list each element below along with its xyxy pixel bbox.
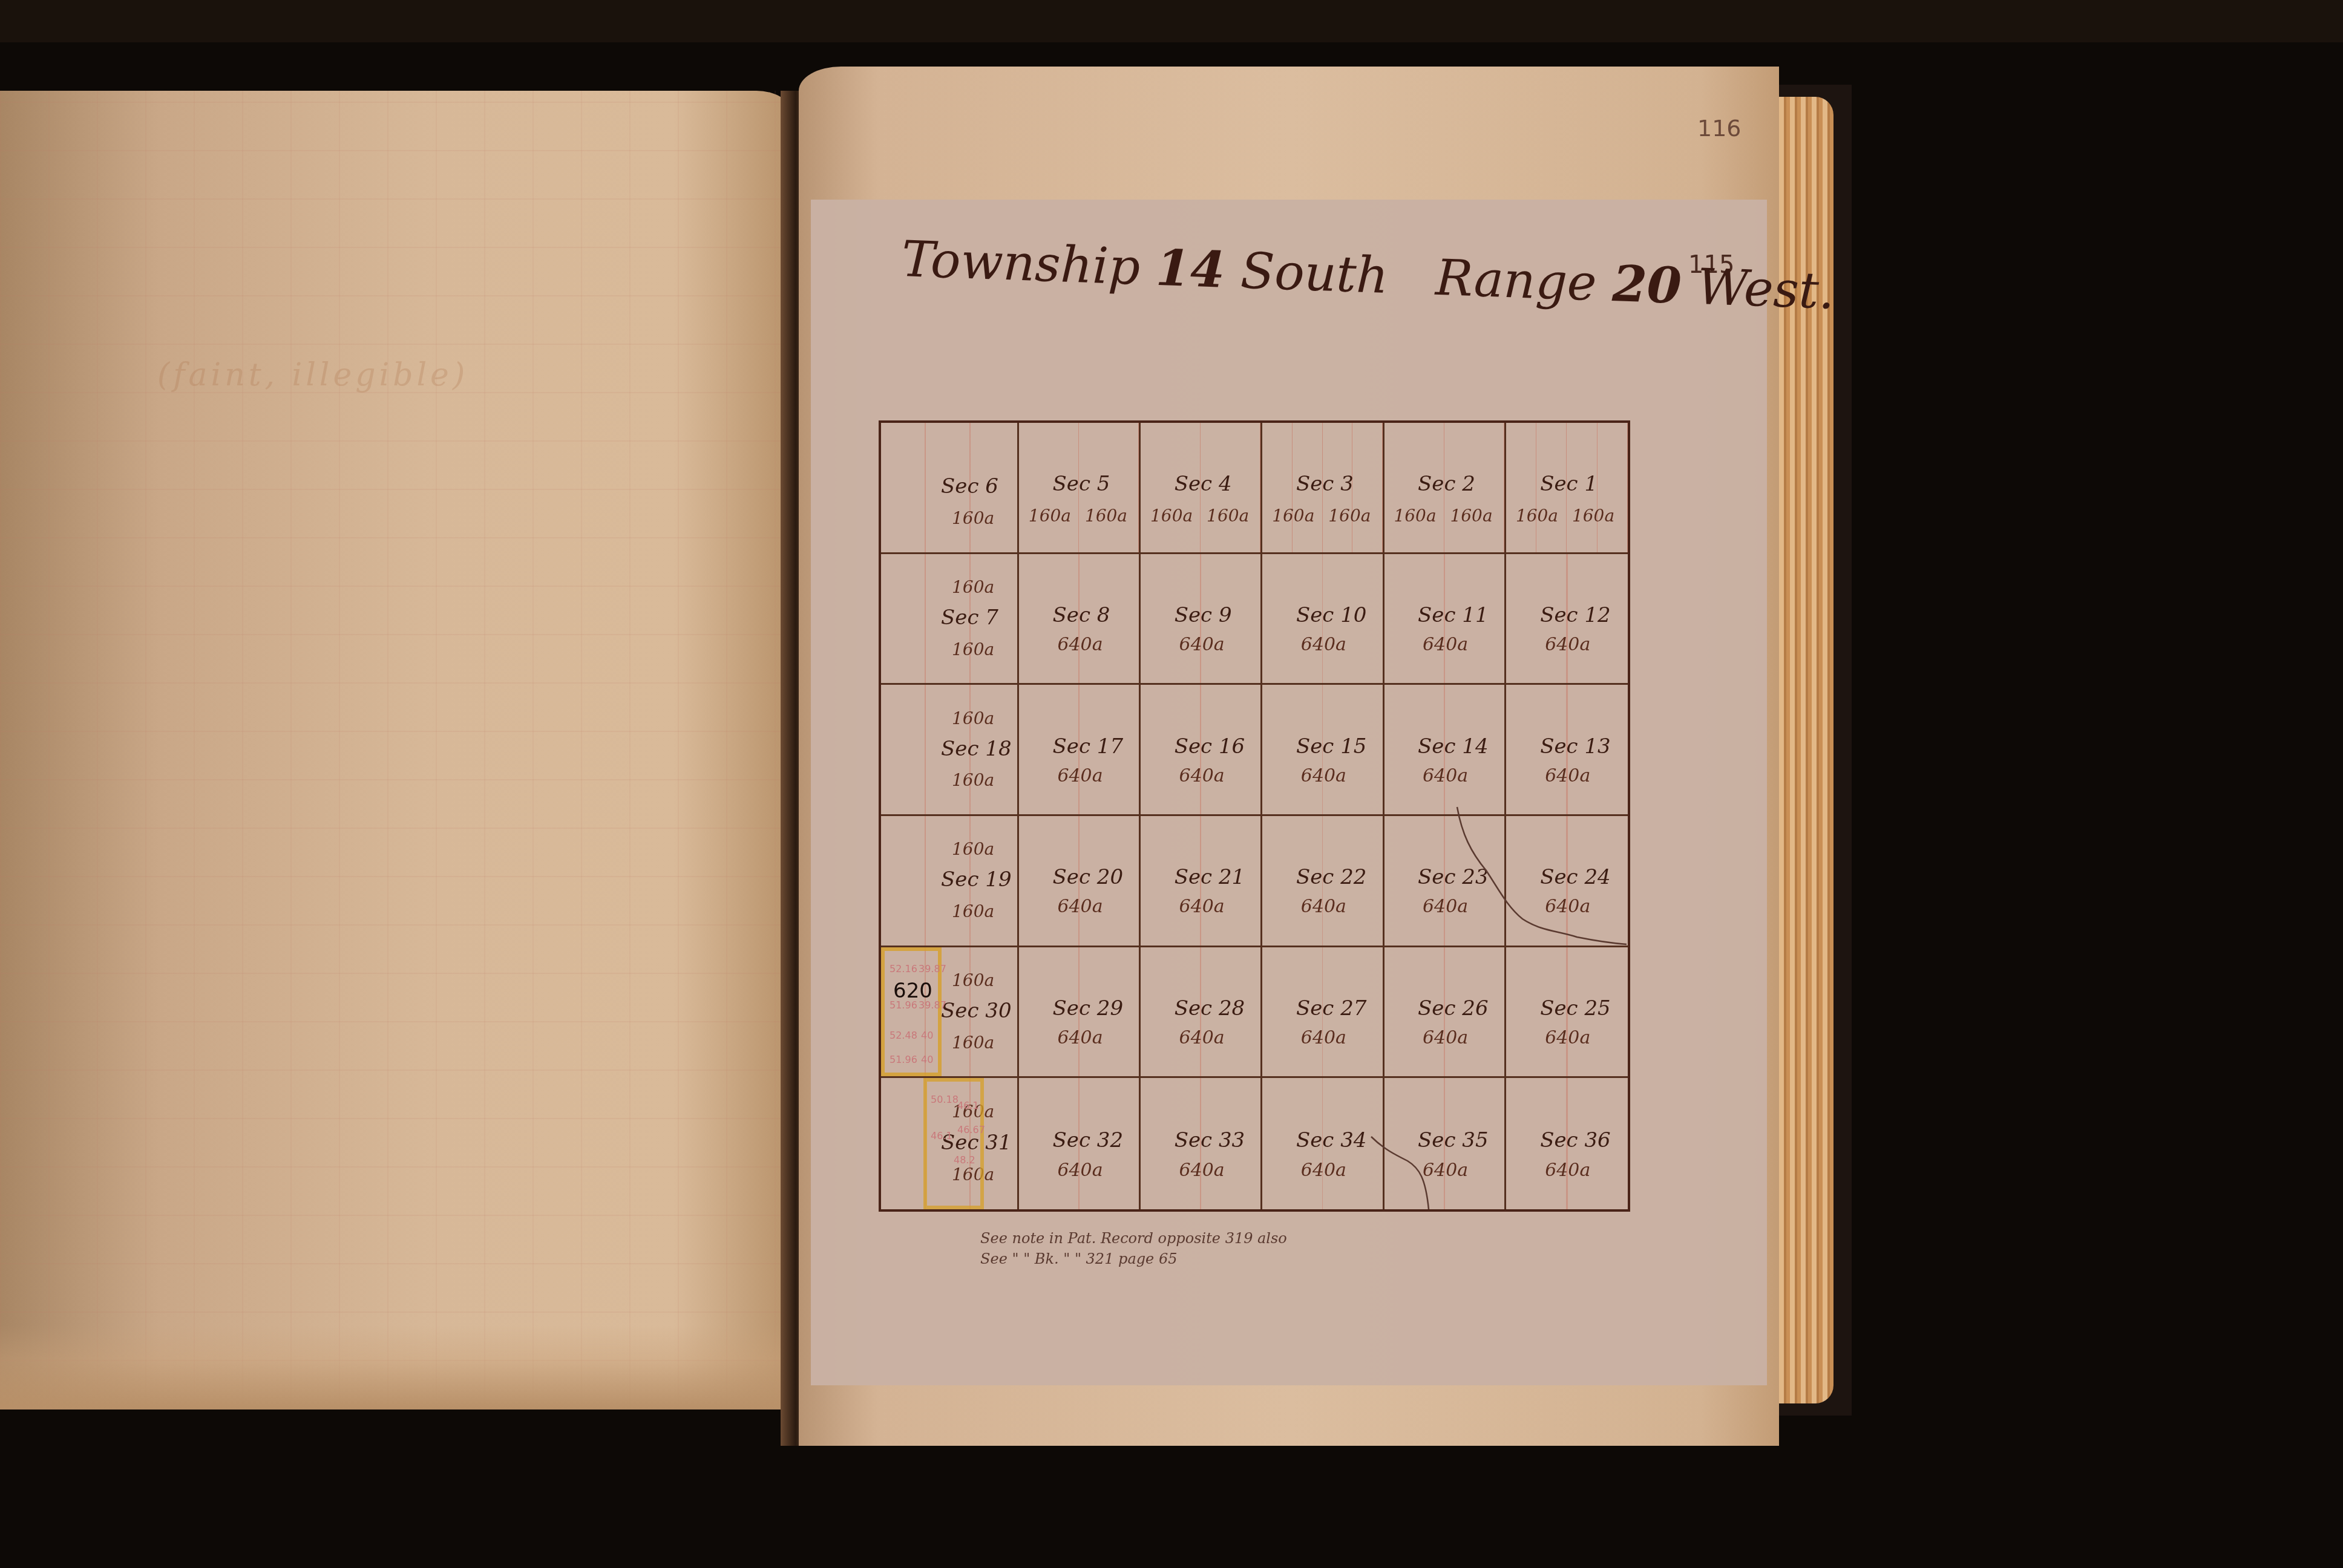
section-label: Sec 26 bbox=[1418, 996, 1489, 1021]
title-direction-south: South bbox=[1240, 243, 1389, 305]
acreage: 640a bbox=[1179, 634, 1225, 655]
lot-acreage: 39.87 bbox=[919, 999, 946, 1011]
acreage: 640a bbox=[1545, 1160, 1590, 1181]
section-label: Sec 19 bbox=[941, 867, 1012, 892]
page-number-top: 116 bbox=[1697, 115, 1742, 142]
acreage-north: 160a bbox=[952, 839, 994, 859]
section-label: Sec 15 bbox=[1296, 734, 1367, 759]
section-cell: Sec 13640a bbox=[1506, 685, 1628, 816]
acreage: 640a bbox=[1301, 1160, 1346, 1181]
section-label: Sec 36 bbox=[1540, 1128, 1611, 1152]
section-label: Sec 1 bbox=[1540, 472, 1597, 496]
lot-acreage: 48.2 bbox=[954, 1154, 975, 1166]
acreage-east-half: 160a bbox=[1085, 506, 1127, 526]
section-label: Sec 3 bbox=[1296, 472, 1354, 496]
section-label: Sec 14 bbox=[1418, 734, 1489, 759]
acreage: 640a bbox=[1179, 896, 1225, 917]
section-label: Sec 7 bbox=[941, 606, 998, 630]
section-cell: Sec 10640a bbox=[1262, 554, 1384, 685]
acreage: 640a bbox=[1301, 1027, 1346, 1048]
acreage: 640a bbox=[1423, 765, 1468, 786]
section-cell: Sec 7160a160a bbox=[881, 554, 1019, 685]
section-label: Sec 10 bbox=[1296, 603, 1367, 627]
section-cell: Sec 8640a bbox=[1019, 554, 1141, 685]
acreage: 640a bbox=[1301, 896, 1346, 917]
section-cell: Sec 9640a bbox=[1141, 554, 1262, 685]
background-top bbox=[0, 0, 2343, 42]
acreage-north: 160a bbox=[952, 970, 994, 990]
acreage-east-half: 160a bbox=[1572, 506, 1614, 526]
lot-acreage: 51.96 bbox=[890, 999, 917, 1011]
acreage-north: 160a bbox=[952, 577, 994, 597]
acreage: 160a bbox=[952, 508, 994, 528]
lot-acreage: 46.1 bbox=[931, 1130, 952, 1142]
acreage: 640a bbox=[1301, 765, 1346, 786]
lot-acreage: 51.96 bbox=[890, 1054, 917, 1065]
acreage-west-half: 160a bbox=[1516, 506, 1558, 526]
section-cell: Sec 34640a bbox=[1262, 1078, 1384, 1209]
acreage-east-half: 160a bbox=[1207, 506, 1249, 526]
section-cell: Sec 15640a bbox=[1262, 685, 1384, 816]
lot-acreage: 46.67 bbox=[957, 1124, 985, 1135]
section-label: Sec 5 bbox=[1052, 472, 1110, 496]
acreage-east-half: 160a bbox=[1450, 506, 1492, 526]
title-word-range: Range bbox=[1435, 249, 1597, 312]
section-cell: Sec 31160a160a50.1846.146.6746.148.2 bbox=[881, 1078, 1019, 1209]
section-cell: Sec 16640a bbox=[1141, 685, 1262, 816]
section-label: Sec 24 bbox=[1540, 865, 1611, 889]
left-page: (faint, illegible) bbox=[0, 91, 793, 1410]
section-label: Sec 33 bbox=[1175, 1128, 1245, 1152]
section-cell: Sec 12640a bbox=[1506, 554, 1628, 685]
section-cell: Sec 14640a bbox=[1384, 685, 1506, 816]
section-label: Sec 23 bbox=[1418, 865, 1489, 889]
acreage-south: 160a bbox=[952, 770, 994, 790]
section-cell: Sec 4160a 160a bbox=[1141, 423, 1262, 554]
section-cell: Sec 23640a bbox=[1384, 816, 1506, 947]
acreage-pair: 160a 160a bbox=[1029, 506, 1127, 526]
sec31-lots-highlight: 50.1846.146.6746.148.2 bbox=[923, 1078, 984, 1209]
section-label: Sec 29 bbox=[1052, 996, 1123, 1021]
section-label: Sec 4 bbox=[1175, 472, 1232, 496]
acreage: 640a bbox=[1423, 1160, 1468, 1181]
section-label: Sec 12 bbox=[1540, 603, 1611, 627]
section-cell: Sec 2160a 160a bbox=[1384, 423, 1506, 554]
section-label: Sec 34 bbox=[1296, 1128, 1367, 1152]
title-word-township: Township bbox=[900, 230, 1141, 296]
acreage-south: 160a bbox=[952, 639, 994, 659]
acreage-west-half: 160a bbox=[1029, 506, 1071, 526]
lot-acreage: 40 bbox=[921, 1030, 933, 1041]
section-label: Sec 13 bbox=[1540, 734, 1611, 759]
acreage: 640a bbox=[1179, 1160, 1225, 1181]
section-cell: Sec 5160a 160a bbox=[1019, 423, 1141, 554]
acreage-south: 160a bbox=[952, 901, 994, 921]
section-cell: Sec 25640a bbox=[1506, 947, 1628, 1079]
acreage-west-half: 160a bbox=[1150, 506, 1193, 526]
section-grid: Sec 6160aSec 5160a 160aSec 4160a 160aSec… bbox=[881, 423, 1628, 1209]
lot-acreage: 50.18 bbox=[931, 1094, 958, 1105]
section-label: Sec 32 bbox=[1052, 1128, 1123, 1152]
acreage-pair: 160a 160a bbox=[1394, 506, 1492, 526]
section-label: Sec 6 bbox=[941, 474, 998, 498]
section-cell: Sec 1160a 160a bbox=[1506, 423, 1628, 554]
acreage: 640a bbox=[1301, 634, 1346, 655]
left-page-ruling bbox=[0, 91, 793, 1410]
section-cell: Sec 24640a bbox=[1506, 816, 1628, 947]
acreage: 640a bbox=[1057, 1160, 1103, 1181]
township-number: 14 bbox=[1155, 239, 1225, 299]
section-cell: Sec 18160a160a bbox=[881, 685, 1019, 816]
section-cell: Sec 26640a bbox=[1384, 947, 1506, 1079]
section-cell: Sec 11640a bbox=[1384, 554, 1506, 685]
section-cell: Sec 3160a 160a bbox=[1262, 423, 1384, 554]
section-label: Sec 28 bbox=[1175, 996, 1245, 1021]
water-stain bbox=[0, 1325, 793, 1410]
section-cell: Sec 6160a bbox=[881, 423, 1019, 554]
acreage: 640a bbox=[1057, 1027, 1103, 1048]
range-number: 20 bbox=[1611, 255, 1682, 315]
acreage: 640a bbox=[1057, 896, 1103, 917]
section-label: Sec 9 bbox=[1175, 603, 1232, 627]
acreage: 640a bbox=[1545, 1027, 1590, 1048]
section-cell: Sec 35640a bbox=[1384, 1078, 1506, 1209]
margin-note: See note in Pat. Record opposite 319 als… bbox=[980, 1228, 1287, 1269]
section-cell: Sec 27640a bbox=[1262, 947, 1384, 1079]
title-direction-west: West. bbox=[1696, 258, 1835, 321]
section-cell: Sec 36640a bbox=[1506, 1078, 1628, 1209]
section-cell: Sec 29640a bbox=[1019, 947, 1141, 1079]
lot-acreage: 52.48 bbox=[890, 1030, 917, 1041]
acreage-north: 160a bbox=[952, 708, 994, 728]
acreage: 640a bbox=[1057, 634, 1103, 655]
acreage-east-half: 160a bbox=[1328, 506, 1371, 526]
acreage: 640a bbox=[1179, 1027, 1225, 1048]
township-plat-grid: Sec 6160aSec 5160a 160aSec 4160a 160aSec… bbox=[879, 420, 1630, 1212]
section-label: Sec 17 bbox=[1052, 734, 1123, 759]
section-cell: Sec 28640a bbox=[1141, 947, 1262, 1079]
acreage: 640a bbox=[1423, 1027, 1468, 1048]
section-label: Sec 22 bbox=[1296, 865, 1367, 889]
acreage-pair: 160a 160a bbox=[1272, 506, 1371, 526]
section-cell: Sec 20640a bbox=[1019, 816, 1141, 947]
section-label: Sec 8 bbox=[1052, 603, 1110, 627]
section-label: Sec 21 bbox=[1175, 865, 1245, 889]
acreage: 640a bbox=[1179, 765, 1225, 786]
lot-acreage: 40 bbox=[921, 1054, 933, 1065]
acreage: 640a bbox=[1545, 765, 1590, 786]
section-cell: Sec 32640a bbox=[1019, 1078, 1141, 1209]
section-label: Sec 27 bbox=[1296, 996, 1367, 1021]
acreage-south: 160a bbox=[952, 1033, 994, 1053]
note-line-2: See " " Bk. " " 321 page 65 bbox=[980, 1249, 1287, 1269]
section-cell: Sec 17640a bbox=[1019, 685, 1141, 816]
section-cell: Sec 22640a bbox=[1262, 816, 1384, 947]
acreage: 640a bbox=[1545, 896, 1590, 917]
section-cell: Sec 33640a bbox=[1141, 1078, 1262, 1209]
acreage: 640a bbox=[1423, 896, 1468, 917]
acreage-west-half: 160a bbox=[1272, 506, 1314, 526]
section-cell: Sec 30160a160a62052.1639.8751.9639.8752.… bbox=[881, 947, 1019, 1079]
acreage: 640a bbox=[1057, 765, 1103, 786]
section-label: Sec 11 bbox=[1418, 603, 1489, 627]
acreage-pair: 160a 160a bbox=[1150, 506, 1249, 526]
section-label: Sec 2 bbox=[1418, 472, 1475, 496]
acreage: 640a bbox=[1423, 634, 1468, 655]
section-label: Sec 25 bbox=[1540, 996, 1611, 1021]
section-label: Sec 16 bbox=[1175, 734, 1245, 759]
section-cell: Sec 19160a160a bbox=[881, 816, 1019, 947]
acreage-pair: 160a 160a bbox=[1516, 506, 1614, 526]
sec30-lots-highlight: 62052.1639.8751.9639.8752.484051.9640 bbox=[881, 947, 942, 1077]
acreage: 640a bbox=[1545, 634, 1590, 655]
section-label: Sec 35 bbox=[1418, 1128, 1489, 1152]
bleed-through-text: (faint, illegible) bbox=[157, 357, 468, 393]
section-label: Sec 20 bbox=[1052, 865, 1123, 889]
section-cell: Sec 21640a bbox=[1141, 816, 1262, 947]
acreage-west-half: 160a bbox=[1394, 506, 1436, 526]
note-line-1: See note in Pat. Record opposite 319 als… bbox=[980, 1228, 1287, 1249]
photo-stage: (faint, illegible) 116 115 Township 14 S… bbox=[0, 0, 2343, 1568]
lot-acreage: 46.1 bbox=[957, 1100, 979, 1111]
lot-acreage: 52.16 bbox=[890, 963, 917, 975]
lot-acreage: 39.87 bbox=[919, 963, 946, 975]
section-label: Sec 18 bbox=[941, 737, 1012, 761]
section-label: Sec 30 bbox=[941, 999, 1012, 1023]
